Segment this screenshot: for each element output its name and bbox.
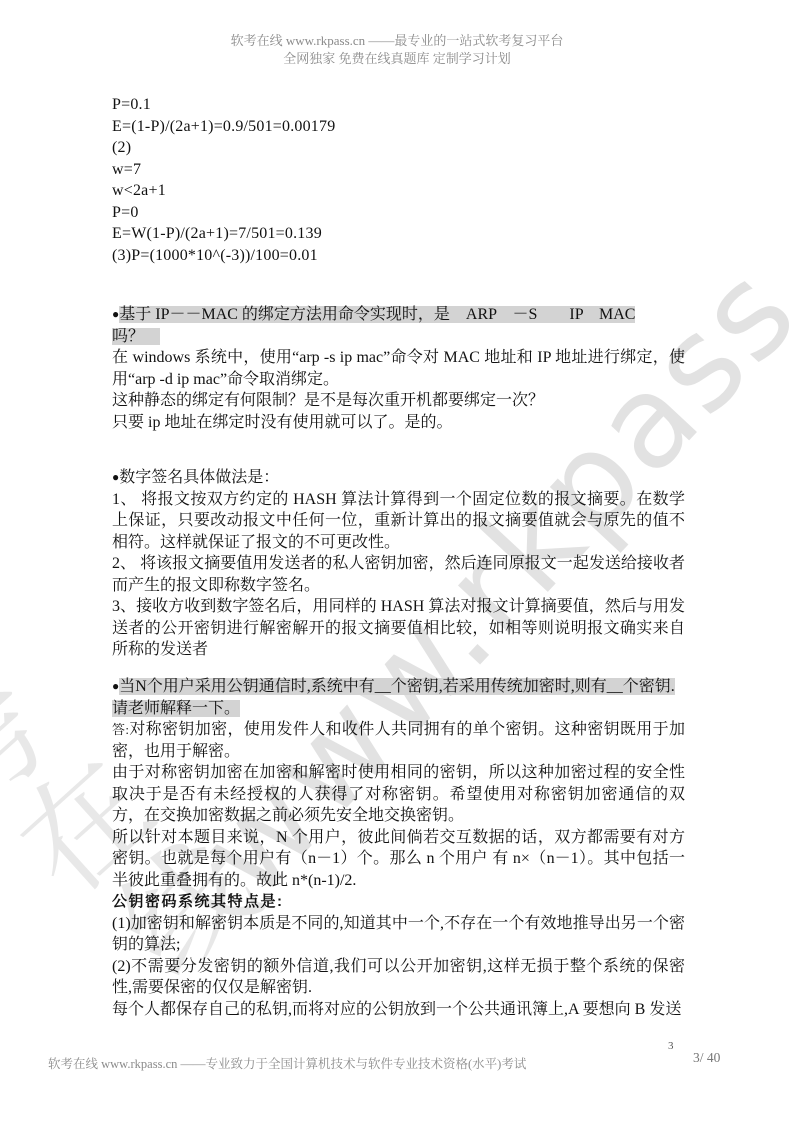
question-highlight-line1: 基于 IP－－MAC 的绑定方法用命令实现时，是 ARP －S IP MAC [119, 306, 635, 323]
answer-paragraph: 这种静态的绑定有何限制？是不是每次重开机都要绑定一次？ [112, 390, 685, 412]
signature-step: 3、接收方收到数字签名后，用同样的 HASH 算法对报文计算摘要值，然后与用发送… [112, 596, 685, 661]
question-highlight-line2: 吗？ [112, 328, 160, 345]
answer-label: 答: [112, 722, 129, 737]
answer-text: 对称密钥加密，使用发件人和收件人共同拥有的单个密钥。这种密钥既用于加密，也用于解… [112, 721, 685, 760]
section-digital-signature: ●数字签名具体做法是： 1、 将报文按双方约定的 HASH 算法计算得到一个固定… [112, 467, 685, 661]
formula-line: P=0 [112, 202, 685, 224]
header-slogan-line2: 全网独家 免费在线真题库 定制学习计划 [0, 50, 794, 68]
header-slogan-line1: 软考在线 www.rkpass.cn ——最专业的一站式软考复习平台 [0, 32, 794, 50]
footer-superscript-number: 3 [668, 1040, 674, 1052]
feature-point: (2)不需要分发密钥的额外信道,我们可以公开加密钥,这样无损于整个系统的保密性,… [112, 956, 685, 999]
question-highlight-line2: 请老师解释一下。 [112, 700, 240, 717]
section-n-user-keys: ●当N个用户采用公钥通信时,系统中有__个密钥,若采用传统加密时,则有__个密钥… [112, 676, 685, 1020]
footer-slogan: 软考在线 www.rkpass.cn ——专业致力于全国计算机技术与软件专业技术… [48, 1054, 526, 1072]
formula-block: P=0.1 E=(1-P)/(2a+1)=0.9/501=0.00179 (2)… [112, 94, 685, 266]
question-highlight-line1: 当N个用户采用公钥通信时,系统中有__个密钥,若采用传统加密时,则有__个密钥. [119, 678, 675, 695]
section-ip-mac-binding: ●基于 IP－－MAC 的绑定方法用命令实现时，是 ARP －S IP MAC吗… [112, 304, 685, 433]
watermark-char: 考 [0, 641, 92, 836]
signature-step: 1、 将报文按双方约定的 HASH 算法计算得到一个固定位数的报文摘要。在数学上… [112, 489, 685, 554]
page-header: 软考在线 www.rkpass.cn ——最专业的一站式软考复习平台 全网独家 … [0, 32, 794, 68]
formula-line: (2) [112, 137, 685, 159]
feature-point: 每个人都保存自己的私钥,而将对应的公钥放到一个公共通讯簿上,A 要想向 B 发送 [112, 999, 685, 1021]
signature-title-text: 数字签名具体做法是： [119, 469, 279, 486]
signature-step: 2、 将该报文摘要值用发送者的私人密钥加密，然后连同原报文一起发送给接收者而产生… [112, 553, 685, 596]
answer-paragraph: 只要 ip 地址在绑定时没有使用就可以了。是的。 [112, 412, 685, 434]
answer-paragraph: 在 windows 系统中，使用“arp -s ip mac”命令对 MAC 地… [112, 347, 685, 390]
formula-line: w=7 [112, 159, 685, 181]
formula-line: E=(1-P)/(2a+1)=0.9/501=0.00179 [112, 116, 685, 138]
page-number-indicator: 3/ 40 [693, 1050, 720, 1066]
formula-line: E=W(1-P)/(2a+1)=7/501=0.139 [112, 223, 685, 245]
answer-paragraph: 所以针对本题目来说，N 个用户，彼此间倘若交互数据的话，双方都需要有对方密钥。也… [112, 827, 685, 892]
formula-line: (3)P=(1000*10^(-3))/100=0.01 [112, 245, 685, 267]
feature-point: (1)加密钥和解密钥本质是不同的,知道其中一个,不存在一个有效地推导出另一个密钥… [112, 913, 685, 956]
formula-line: w<2a+1 [112, 180, 685, 202]
answer-paragraph: 答:对称密钥加密，使用发件人和收件人共同拥有的单个密钥。这种密钥既用于加密，也用… [112, 719, 685, 762]
bold-subtitle: 公钥密码系统其特点是: [112, 891, 685, 913]
section-title: ●数字签名具体做法是： [112, 467, 685, 489]
question-paragraph: ●基于 IP－－MAC 的绑定方法用命令实现时，是 ARP －S IP MAC吗… [112, 304, 685, 347]
formula-line: P=0.1 [112, 94, 685, 116]
answer-paragraph: 由于对称密钥加密在加密和解密时使用相同的密钥，所以这种加密过程的安全性取决于是否… [112, 762, 685, 827]
question-paragraph: ●当N个用户采用公钥通信时,系统中有__个密钥,若采用传统加密时,则有__个密钥… [112, 676, 685, 719]
pdf-page: www.rkpass.cn 软 考 在 线 软考在线 www.rkpass.cn… [0, 0, 794, 1123]
